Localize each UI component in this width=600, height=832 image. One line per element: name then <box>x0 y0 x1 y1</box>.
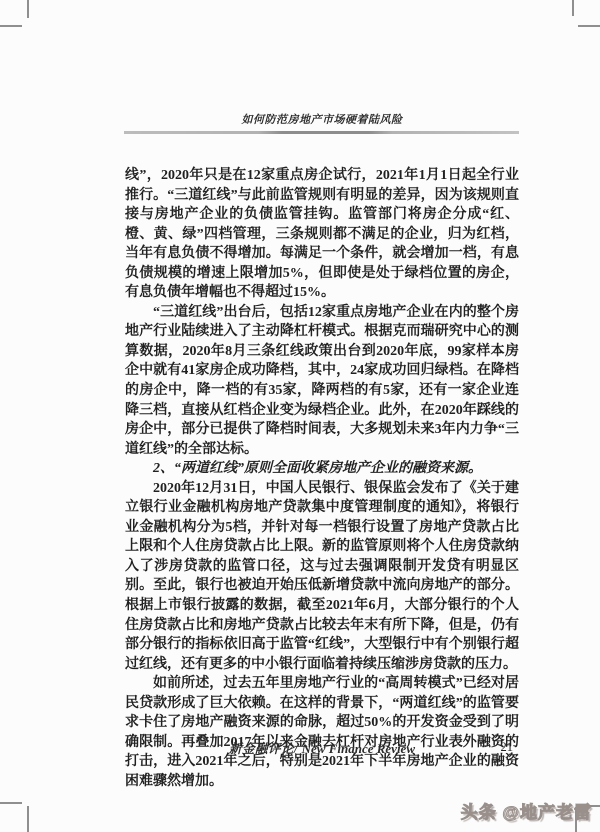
page-number: 21 <box>501 740 514 755</box>
paragraph: 2020年12月31日，中国人民银行、银保监会发布了《关于建立银行业金融机构房地… <box>125 479 519 674</box>
crop-mark-bottom-left-horizontal <box>0 802 22 804</box>
crop-mark-top-right-vertical <box>572 0 574 16</box>
document-page: 如何防范房地产市场硬着陆风险 线”，2020年只是在12家重点房企试行，2021… <box>0 0 600 832</box>
paragraph-continuation: 线”，2020年只是在12家重点房企试行，2021年1月1日起全行业推行。“三道… <box>125 166 519 303</box>
paragraph: “三道红线”出台后，包括12家重点房地产企业在内的整个房地产行业陆续进入了主动降… <box>125 303 519 459</box>
header-rule <box>124 131 519 134</box>
running-head-title: 如何防范房地产市场硬着陆风险 <box>125 111 519 127</box>
body-text-block: 线”，2020年只是在12家重点房企试行，2021年1月1日起全行业推行。“三道… <box>125 166 519 792</box>
journal-name-english: New Finance Review <box>302 741 415 756</box>
crop-mark-top-left-horizontal <box>0 25 22 27</box>
journal-name-separator: / <box>294 741 298 756</box>
crop-mark-bottom-left-vertical <box>27 806 29 832</box>
subheading-two-red-lines: 2、“两道红线”原则全面收紧房地产企业的融资来源。 <box>125 459 519 479</box>
crop-mark-top-left-vertical <box>27 0 29 18</box>
crop-mark-top-right-horizontal <box>578 25 600 27</box>
footer-journal-title: 新金融评论/New Finance Review <box>125 739 519 758</box>
toutiao-watermark: 头条 @地产老雷 <box>461 798 592 823</box>
paragraph: 如前所述，过去五年里房地产行业的“高周转模式”已经对居民贷款形成了巨大依赖。在这… <box>125 674 519 791</box>
journal-name-chinese: 新金融评论 <box>229 742 294 756</box>
